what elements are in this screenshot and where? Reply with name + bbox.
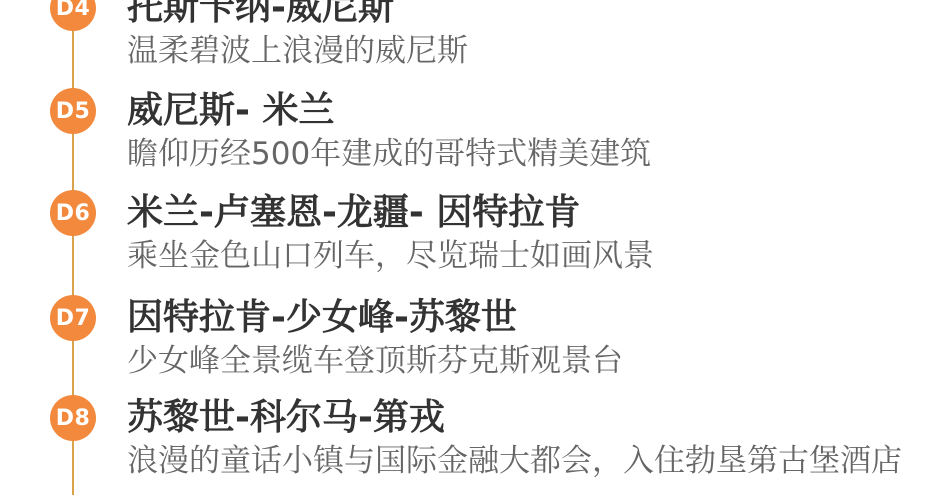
day-description: 温柔碧波上浪漫的威尼斯 <box>127 31 950 71</box>
day-title: 威尼斯- 米兰 <box>127 88 950 134</box>
day-badge: D7 <box>50 295 96 341</box>
day-content: 米兰-卢塞恩-龙疆- 因特拉肯 乘坐金色山口列车，尽览瑞士如画风景 <box>127 190 950 276</box>
day-content: 因特拉肯-少女峰-苏黎世 少女峰全景缆车登顶斯芬克斯观景台 <box>127 295 950 381</box>
itinerary-day-item: D4 托斯卡纳-威尼斯 温柔碧波上浪漫的威尼斯 <box>0 0 950 71</box>
day-title: 托斯卡纳-威尼斯 <box>127 0 950 31</box>
itinerary-day-item: D8 苏黎世-科尔马-第戎 浪漫的童话小镇与国际金融大都会，入住勃垦第古堡酒店 <box>0 395 950 481</box>
day-description: 乘坐金色山口列车，尽览瑞士如画风景 <box>127 236 950 276</box>
itinerary-day-item: D7 因特拉肯-少女峰-苏黎世 少女峰全景缆车登顶斯芬克斯观景台 <box>0 295 950 381</box>
day-badge: D6 <box>50 190 96 236</box>
itinerary-section: D4 托斯卡纳-威尼斯 温柔碧波上浪漫的威尼斯 D5 威尼斯- 米兰 瞻仰历经5… <box>0 0 950 500</box>
day-title: 米兰-卢塞恩-龙疆- 因特拉肯 <box>127 190 950 236</box>
day-title: 苏黎世-科尔马-第戎 <box>127 395 950 441</box>
day-content: 威尼斯- 米兰 瞻仰历经500年建成的哥特式精美建筑 <box>127 88 950 174</box>
day-content: 苏黎世-科尔马-第戎 浪漫的童话小镇与国际金融大都会，入住勃垦第古堡酒店 <box>127 395 950 481</box>
day-description: 瞻仰历经500年建成的哥特式精美建筑 <box>127 134 950 174</box>
day-description: 少女峰全景缆车登顶斯芬克斯观景台 <box>127 341 950 381</box>
day-title: 因特拉肯-少女峰-苏黎世 <box>127 295 950 341</box>
day-badge: D8 <box>50 395 96 441</box>
itinerary-day-item: D6 米兰-卢塞恩-龙疆- 因特拉肯 乘坐金色山口列车，尽览瑞士如画风景 <box>0 190 950 276</box>
itinerary-day-item: D5 威尼斯- 米兰 瞻仰历经500年建成的哥特式精美建筑 <box>0 88 950 174</box>
day-content: 托斯卡纳-威尼斯 温柔碧波上浪漫的威尼斯 <box>127 0 950 71</box>
day-badge: D4 <box>50 0 96 31</box>
day-description: 浪漫的童话小镇与国际金融大都会，入住勃垦第古堡酒店 <box>127 441 950 481</box>
day-badge: D5 <box>50 88 96 134</box>
